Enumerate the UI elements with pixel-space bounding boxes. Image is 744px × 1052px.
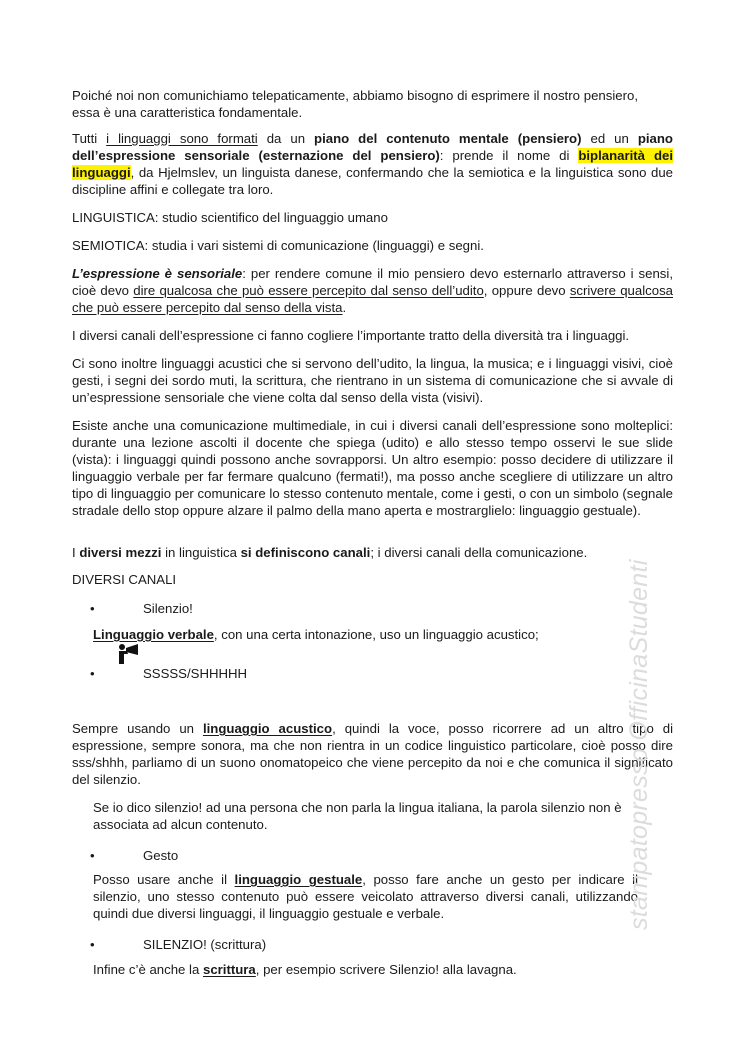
watermark: stampatopresso OfficinaStudenti — [625, 559, 654, 930]
bold-italic-text: L’espressione è sensoriale — [72, 266, 242, 281]
paragraph-linguaggio-acustico: Sempre usando un linguaggio acustico, qu… — [72, 721, 673, 789]
bold-underlined-term: linguaggio acustico — [203, 721, 332, 736]
bold-text: diversi mezzi — [79, 545, 161, 560]
text: da un — [258, 131, 314, 146]
paragraph-semiotica: SEMIOTICA: studia i vari sistemi di comu… — [72, 238, 673, 255]
text: Infine c’è anche la — [93, 962, 203, 977]
text: ; i diversi canali della comunicazione. — [370, 545, 587, 560]
bullet-label: SILENZIO! (scrittura) — [143, 937, 266, 954]
underlined-text: dire qualcosa che può essere percepito d… — [133, 283, 484, 298]
text: in linguistica — [161, 545, 240, 560]
text: Tutti — [72, 131, 106, 146]
paragraph-lingua-italiana: Se io dico silenzio! ad una persona che … — [93, 800, 638, 834]
heading-diversi-canali: DIVERSI CANALI — [72, 572, 673, 589]
bullet-label: Silenzio! — [143, 601, 193, 618]
megaphone-person-icon — [117, 641, 141, 665]
text: . — [343, 300, 347, 315]
paragraph-espressione-sensoriale: L’espressione è sensoriale: per rendere … — [72, 266, 673, 317]
paragraph-linguaggi-acustici-visivi: Ci sono inoltre linguaggi acustici che s… — [72, 356, 673, 407]
bullet-icon: • — [90, 666, 95, 683]
paragraph-mezzi: I diversi mezzi in linguistica si defini… — [72, 545, 673, 562]
bullet-icon: • — [90, 937, 95, 954]
paragraph-linguaggio-verbale: Linguaggio verbale, con una certa intona… — [93, 627, 653, 644]
bold-text: piano del contenuto mentale (pensiero) — [314, 131, 581, 146]
bullet-icon: • — [90, 848, 95, 865]
bold-underlined-term: scrittura — [203, 962, 256, 977]
text: ed un — [582, 131, 638, 146]
bold-underlined-term: Linguaggio verbale — [93, 627, 214, 642]
paragraph-multimediale: Esiste anche una comunicazione multimedi… — [72, 418, 673, 519]
bullet-icon: • — [90, 601, 95, 618]
text: , con una certa intonazione, uso un ling… — [214, 627, 539, 642]
paragraph-linguaggio-gestuale: Posso usare anche il linguaggio gestuale… — [93, 872, 638, 923]
bullet-label: Gesto — [143, 848, 178, 865]
document-page: Poiché noi non comunichiamo telepaticame… — [0, 0, 744, 1052]
text: , oppure devo — [484, 283, 570, 298]
text: , da Hjelmslev, un linguista danese, con… — [72, 165, 673, 197]
text: : prende il nome di — [440, 148, 579, 163]
bold-underlined-term: linguaggio gestuale — [235, 872, 363, 887]
paragraph-scrittura: Infine c’è anche la scrittura, per esemp… — [93, 962, 638, 979]
paragraph-linguistica: LINGUISTICA: studio scientifico del ling… — [72, 210, 673, 227]
paragraph-canali: I diversi canali dell’espressione ci fan… — [72, 328, 673, 345]
text: , per esempio scrivere Silenzio! alla la… — [256, 962, 517, 977]
bullet-label: SSSSS/SHHHHH — [143, 666, 247, 683]
paragraph-biplanarita: Tutti i linguaggi sono formati da un pia… — [72, 131, 673, 199]
text: Posso usare anche il — [93, 872, 235, 887]
paragraph-intro: Poiché noi non comunichiamo telepaticame… — [72, 88, 638, 122]
bold-text: si definiscono canali — [241, 545, 371, 560]
underlined-text: i linguaggi sono formati — [106, 131, 258, 146]
text: Sempre usando un — [72, 721, 203, 736]
